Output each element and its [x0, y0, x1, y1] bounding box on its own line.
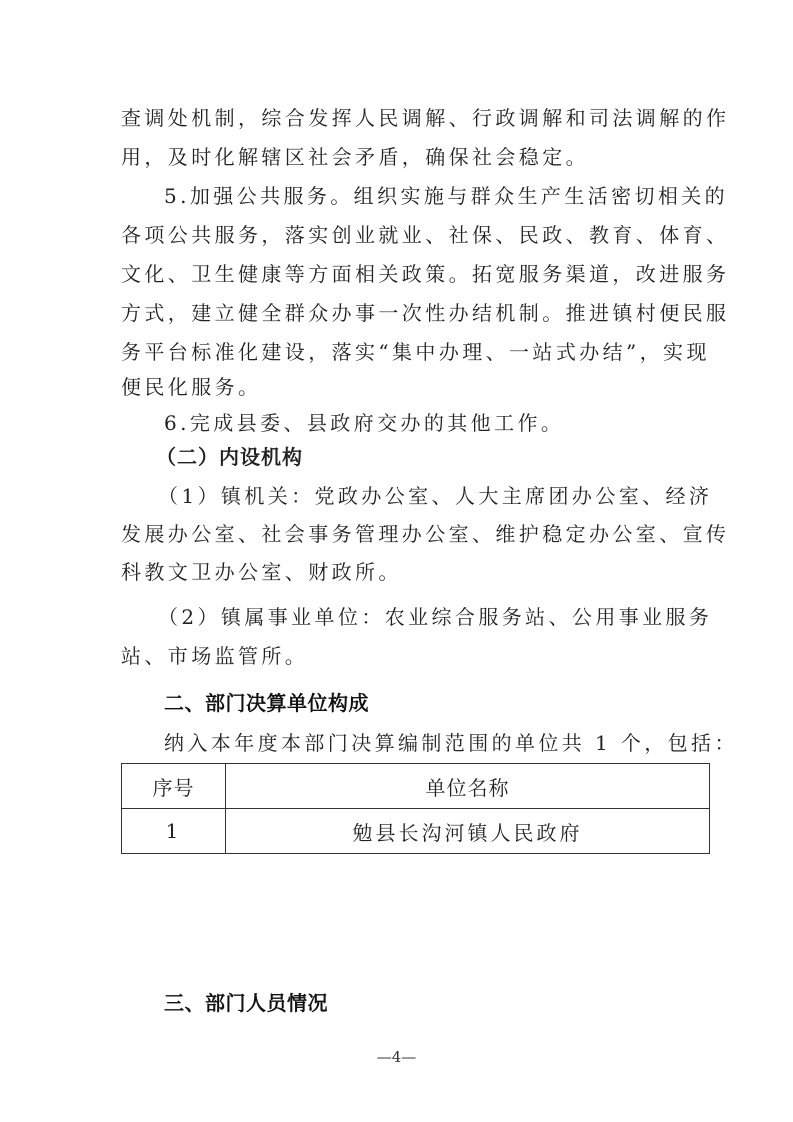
- paragraph-line: 6.完成县委、县政府交办的其他工作。: [164, 411, 724, 435]
- paragraph-line: （2）镇属事业单位：农业综合服务站、公用事业服务: [158, 605, 718, 629]
- page-number: —4—: [0, 1048, 793, 1066]
- section-heading: 三、部门人员情况: [164, 991, 724, 1015]
- subsection-heading: （二）内设机构: [156, 445, 716, 469]
- paragraph-line: 科教文卫办公室、财政所。: [121, 560, 681, 584]
- table-header-seq: 序号: [122, 764, 226, 809]
- section-heading: 二、部门决算单位构成: [164, 691, 724, 715]
- paragraph-line: 5.加强公共服务。组织实施与群众生产生活密切相关的: [164, 184, 724, 208]
- table-cell-unit-name: 勉县长沟河镇人民政府: [226, 809, 710, 854]
- paragraph-line: 各项公共服务，落实创业就业、社保、民政、教育、体育、: [121, 223, 681, 247]
- paragraph-line: 站、市场监管所。: [121, 644, 681, 668]
- paragraph-line: 务平台标准化建设，落实“集中办理、一站式办结”，实现: [121, 340, 681, 364]
- paragraph-line: 纳入本年度本部门决算编制范围的单位共 1 个，包括：: [164, 731, 724, 755]
- table-header-row: 序号 单位名称: [122, 764, 710, 809]
- paragraph-line: 用，及时化解辖区社会矛盾，确保社会稳定。: [121, 145, 681, 169]
- table-row: 1 勉县长沟河镇人民政府: [122, 809, 710, 854]
- paragraph-line: 方式，建立健全群众办事一次性办结机制。推进镇村便民服: [121, 301, 681, 325]
- paragraph-line: （1）镇机关：党政办公室、人大主席团办公室、经济: [158, 484, 718, 508]
- paragraph-line: 发展办公室、社会事务管理办公室、维护稳定办公室、宣传: [121, 522, 681, 546]
- units-table: 序号 单位名称 1 勉县长沟河镇人民政府: [121, 763, 710, 854]
- paragraph-line: 便民化服务。: [121, 375, 681, 399]
- table-header-unit-name: 单位名称: [226, 764, 710, 809]
- paragraph-line: 查调处机制，综合发挥人民调解、行政调解和司法调解的作: [121, 106, 681, 130]
- paragraph-line: 文化、卫生健康等方面相关政策。拓宽服务渠道，改进服务: [121, 262, 681, 286]
- table-cell-seq: 1: [122, 809, 226, 854]
